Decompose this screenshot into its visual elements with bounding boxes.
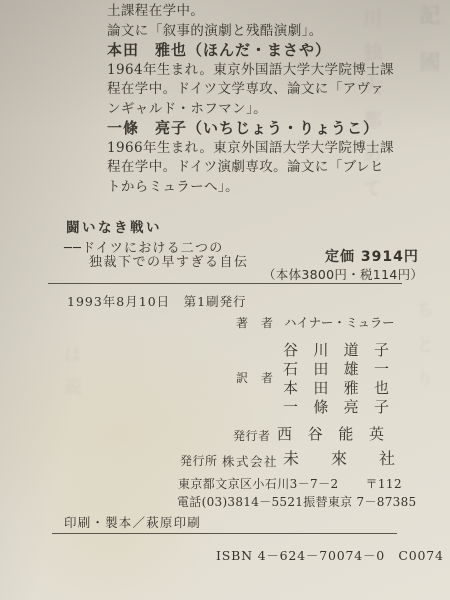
bio-line: トからミュラーへ」。 xyxy=(107,178,394,198)
postal-code: 〒112 xyxy=(365,475,402,492)
bio-line: 土課程在学中。 xyxy=(107,2,394,22)
list-price: 定価 3914円 xyxy=(325,246,419,266)
translator-name: 一條亮子 xyxy=(283,398,389,417)
bio-translator-name: 本田 雅也（ほんだ・まさや） xyxy=(107,41,394,61)
bio-line: ンギャルド・ホフマン」。 xyxy=(107,100,394,120)
phone-number: 電話(03)3814－5521 xyxy=(177,493,303,510)
bottom-rule xyxy=(52,533,397,534)
bio-line: 論文に「叙事的演劇と残酷演劇」。 xyxy=(107,22,394,42)
translator-name: 本田雅也 xyxy=(283,379,389,398)
book-colophon-page: 川独大都めて 記國 ちとり は説 土課程在学中。 論文に「叙事的演劇と残酷演劇」… xyxy=(0,0,450,600)
bio-translator-name: 一條 亮子（いちじょう・りょうこ） xyxy=(107,119,394,139)
author-label: 著 者 xyxy=(236,314,274,331)
publisher-name: 未來社 xyxy=(283,446,395,469)
bio-line: 1966年生まれ。東京外国語大学大学院博士課 xyxy=(107,139,394,159)
isbn-line: ISBN 4－624－70074－0 C0074 xyxy=(216,546,444,564)
top-rule xyxy=(48,283,402,284)
translator-name: 石田雄一 xyxy=(283,360,389,379)
author-name: ハイナー・ミュラー xyxy=(284,313,394,331)
publisher-person-name: 西谷能英 xyxy=(277,423,384,444)
publisher-contact-row: 電話(03)3814－5521 振替東京 7－87385 xyxy=(177,493,384,510)
publisher-address: 東京都文京区小石川3－7－2 xyxy=(178,475,339,492)
printer-line: 印刷・製本／萩原印刷 xyxy=(64,513,201,531)
edition-date-line: 1993年8月10日 第1刷発行 xyxy=(67,292,247,310)
transfer-account: 振替東京 7－87385 xyxy=(303,493,416,510)
publisher-office-label: 発行所 xyxy=(180,452,218,469)
translator-name: 谷川道子 xyxy=(283,341,389,360)
bio-line: 1964年生まれ。東京外国語大学大学院博士課 xyxy=(107,61,394,81)
bio-line: 程在学中。ドイツ演劇専攻。論文に「ブレヒ xyxy=(107,158,394,178)
translators-list: 谷川道子 石田雄一 本田雅也 一條亮子 xyxy=(283,341,389,417)
showthrough-text: 記國 xyxy=(414,4,444,98)
book-title: 闘いなき戦い xyxy=(66,216,162,236)
showthrough-text: は説 xyxy=(58,345,84,409)
bio-line: 程在学中。ドイツ文学専攻、論文に「アヴァ xyxy=(107,80,394,100)
publisher-corporate-prefix: 株式会社 xyxy=(222,452,278,470)
price-breakdown: （本体3800円・税114円） xyxy=(263,265,423,283)
publisher-person-label: 発行者 xyxy=(233,427,271,444)
translator-bio-block: 土課程在学中。 論文に「叙事的演劇と残酷演劇」。 本田 雅也（ほんだ・まさや） … xyxy=(107,2,394,197)
showthrough-text: ちとり xyxy=(410,300,436,405)
publisher-address-row: 東京都文京区小石川3－7－2 〒112 xyxy=(178,475,402,492)
translators-label: 訳 者 xyxy=(236,369,274,386)
book-subtitle-line2: 独裁下での早すぎる自伝 xyxy=(89,251,249,270)
